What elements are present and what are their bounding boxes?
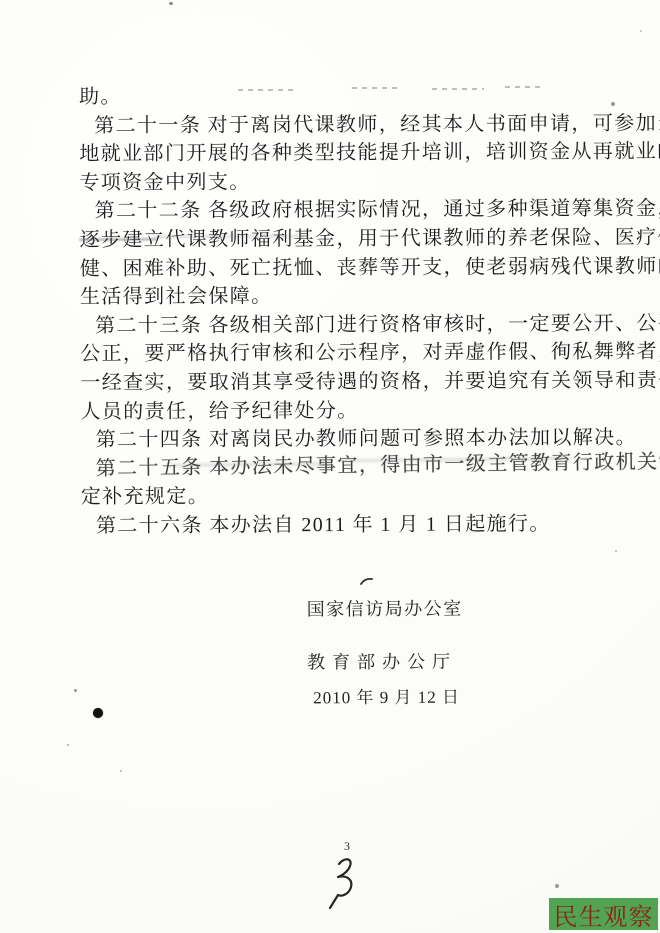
- scan-speck: [169, 2, 173, 5]
- document-line: 地就业部门开展的各种类型技能提升培训，培训资金从再就业的: [79, 138, 599, 169]
- document-line: 第二十二条 各级政府根据实际情况，通过多种渠道筹集资金，: [80, 195, 600, 226]
- scan-speck: [640, 30, 642, 32]
- document-line: 逐步建立代课教师福利基金，用于代课教师的养老保险、医疗保: [80, 224, 600, 255]
- signature-block: 国家信访局办公室 教育部办公厅 2010 年 9 月 12 日: [307, 595, 464, 709]
- document-line: 专项资金中列支。: [79, 167, 599, 198]
- document-page: 助。 第二十一条 对于离岗代课教师，经其本人书面申请，可参加当 地就业部门开展的…: [0, 0, 660, 933]
- scan-smudge: [79, 238, 157, 242]
- ink-dot: [93, 708, 103, 718]
- signature-office-petition-bureau: 国家信访局办公室: [307, 595, 463, 622]
- document-line: 定补充规定。: [81, 481, 601, 512]
- scan-speck: [615, 550, 617, 552]
- document-line: 第二十六条 本办法自 2011 年 1 月 1 日起施行。: [81, 510, 601, 541]
- signature-date: 2010 年 9 月 12 日: [313, 683, 463, 709]
- scan-speck: [555, 884, 559, 888]
- watermark-stamp: 民生观察: [549, 898, 658, 930]
- document-line: 助。: [79, 81, 599, 112]
- document-line: 人员的责任，给予纪律处分。: [80, 395, 600, 426]
- scan-speck: [67, 744, 69, 746]
- scan-speck: [611, 102, 615, 106]
- document-body: 助。 第二十一条 对于离岗代课教师，经其本人书面申请，可参加当 地就业部门开展的…: [79, 81, 601, 541]
- document-line: 公正，要严格执行审核和公示程序，对弄虚作假、徇私舞弊者，: [80, 338, 600, 369]
- pen-tick-mark: [360, 576, 374, 586]
- document-line: 第二十一条 对于离岗代课教师，经其本人书面申请，可参加当: [79, 109, 599, 140]
- document-line: 一经查实，要取消其享受待遇的资格，并要追究有关领导和责任: [80, 367, 600, 398]
- page-number-printed: 3: [344, 839, 350, 854]
- scan-speck: [74, 689, 77, 692]
- document-line: 第二十三条 各级相关部门进行资格审核时，一定要公开、公平、: [80, 310, 600, 341]
- document-line: 健、困难补助、死亡抚恤、丧葬等开支，使老弱病残代课教师的: [80, 252, 600, 283]
- scan-speck: [120, 770, 122, 772]
- document-line: 生活得到社会保障。: [80, 281, 600, 312]
- handwritten-page-number: [325, 856, 367, 912]
- document-line: 第二十五条 本办法未尽事宜，得由市一级主管教育行政机关制: [81, 448, 601, 483]
- signature-office-ministry-education: 教育部办公厅: [307, 648, 463, 675]
